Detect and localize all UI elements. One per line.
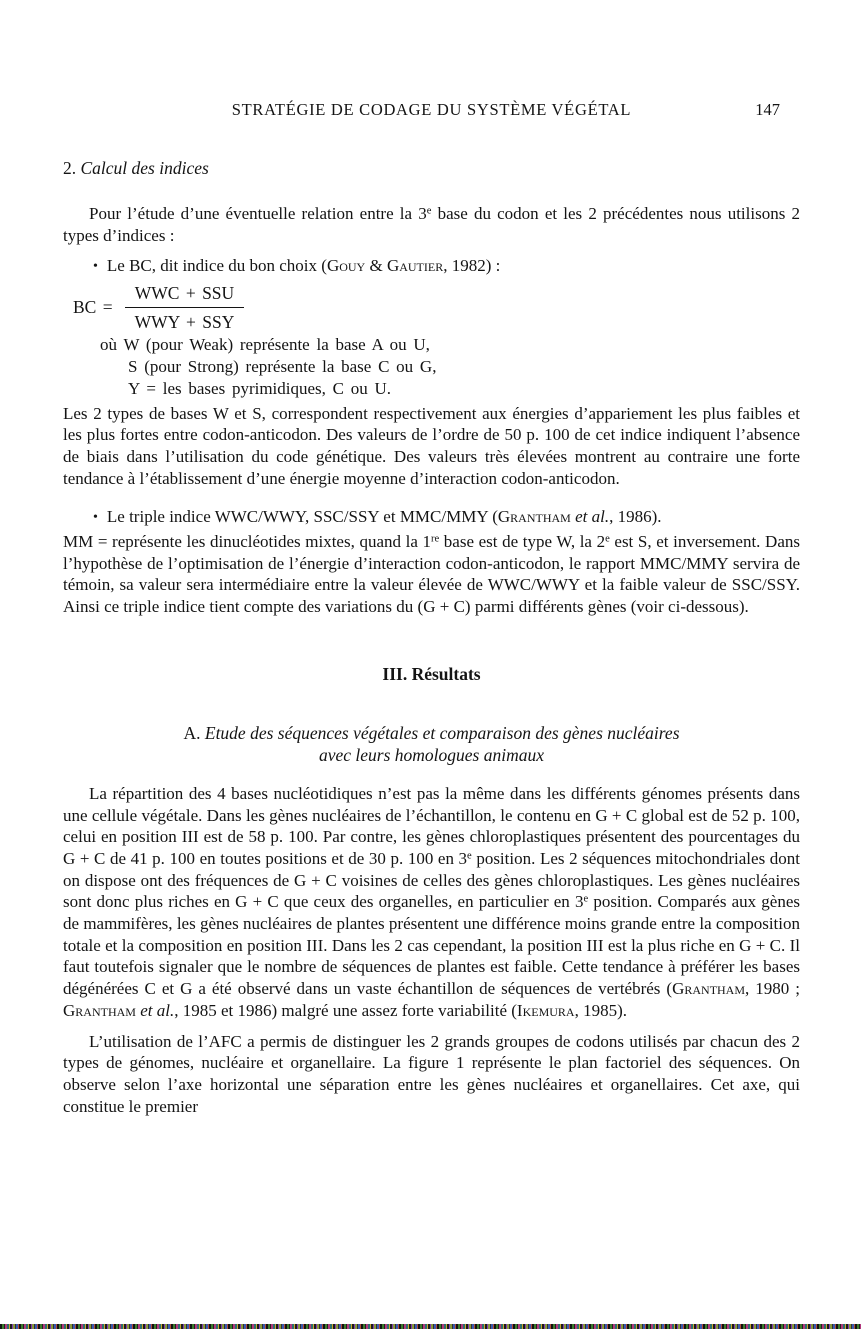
bullet-bc-text: Le BC, dit indice du bon choix (Gouy & G… [107,256,500,275]
results-heading: III. Résultats [63,663,800,686]
paragraph-repartition: La répartition des 4 bases nucléotidique… [63,783,800,1022]
paragraph-afc: L’utilisation de l’AFC a permis de disti… [63,1031,800,1118]
where-line-s: S (pour Strong) représente la base C ou … [63,356,800,378]
where-clause: où W (pour Weak) représente la base A ou… [63,334,800,399]
formula-numerator: WWC + SSU [125,282,245,308]
scan-noise-strip [0,1324,861,1329]
bullet-triple-text: Le triple indice WWC/WWY, SSC/SSY et MMC… [107,507,662,526]
bc-formula: BC = WWC + SSU WWY + SSY [63,282,800,333]
running-head: STRATÉGIE DE CODAGE DU SYSTÈME VÉGÉTAL 1… [63,99,800,121]
subsection-heading: A. Etude des séquences végétales et comp… [63,722,800,767]
bullet-item-triple: •Le triple indice WWC/WWY, SSC/SSY et MM… [63,506,800,529]
subsection-heading-line-2: avec leurs homologues animaux [63,744,800,767]
where-line-w: où W (pour Weak) représente la base A ou… [63,334,800,356]
bullet-icon: • [93,259,98,274]
running-head-title: STRATÉGIE DE CODAGE DU SYSTÈME VÉGÉTAL [232,100,631,119]
formula-denominator: WWY + SSY [125,308,245,333]
where-line-y: Y = les bases pyrimidiques, C ou U. [63,378,800,400]
document-page: STRATÉGIE DE CODAGE DU SYSTÈME VÉGÉTAL 1… [63,0,800,1117]
paragraph-intro: Pour l’étude d’une éventuelle relation e… [63,203,800,246]
bullet-icon: • [93,510,98,525]
bullet-item-bc: •Le BC, dit indice du bon choix (Gouy & … [63,255,800,278]
paragraph-mm: MM = représente les dinucléotides mixtes… [63,531,800,618]
formula-fraction: WWC + SSU WWY + SSY [125,282,245,333]
section-heading: 2. Calcul des indices [63,157,800,179]
paragraph-base-types: Les 2 types de bases W et S, corresponde… [63,403,800,490]
formula-lhs: BC = [73,297,113,318]
page-number: 147 [755,99,780,121]
subsection-heading-line-1: A. Etude des séquences végétales et comp… [63,722,800,745]
